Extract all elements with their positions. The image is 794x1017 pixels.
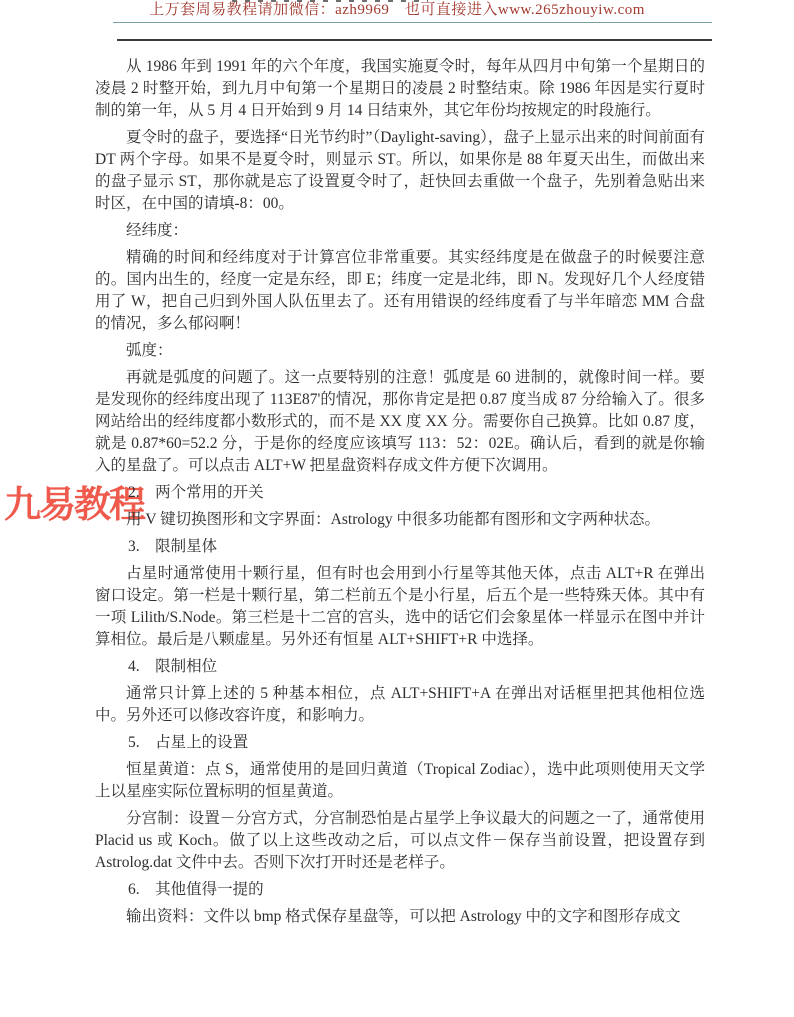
heading-2-common-switches: 2. 两个常用的开关 xyxy=(95,482,705,504)
document-page: 上万套周易教程请加微信：azh9969 也可直接进入www.265zhouyiw… xyxy=(0,0,794,1017)
header-promo-text: 上万套周易教程请加微信：azh9969 也可直接进入www.265zhouyiw… xyxy=(0,1,794,20)
heading-3-restrict-bodies: 3. 限制星体 xyxy=(95,536,705,558)
subheading-arc-degree: 弧度： xyxy=(95,340,705,362)
paragraph-output-files: 输出资料：文件以 bmp 格式保存星盘等，可以把 Astrology 中的文字和… xyxy=(95,906,705,928)
paragraph-house-system: 分宫制：设置－分宫方式，分宫制恐怕是占星学上争议最大的问题之一了，通常使用 Pl… xyxy=(95,808,705,874)
paragraph-dst-period: 从 1986 年到 1991 年的六个年度，我国实施夏令时，每年从四月中旬第一个… xyxy=(95,56,705,122)
paragraph-dst-chart: 夏令时的盘子，要选择“日光节约时”（Daylight-saving），盘子上显示… xyxy=(95,127,705,215)
paragraph-v-key-toggle: 用 V 键切换图形和文字界面：Astrology 中很多功能都有图形和文字两种状… xyxy=(95,509,705,531)
header-divider-dark xyxy=(117,39,712,41)
paragraph-restrict-aspects: 通常只计算上述的 5 种基本相位，点 ALT+SHIFT+A 在弹出对话框里把其… xyxy=(95,683,705,727)
header-divider-teal xyxy=(113,22,712,23)
document-body: 从 1986 年到 1991 年的六个年度，我国实施夏令时，每年从四月中旬第一个… xyxy=(95,56,705,933)
paragraph-restrict-bodies: 占星时通常使用十颗行星，但有时也会用到小行星等其他天体，点击 ALT+R 在弹出… xyxy=(95,563,705,651)
heading-4-restrict-aspects: 4. 限制相位 xyxy=(95,656,705,678)
heading-6-other-notes: 6. 其他值得一提的 xyxy=(95,879,705,901)
subheading-longitude-latitude: 经纬度： xyxy=(95,220,705,242)
paragraph-arc-degree: 再就是弧度的问题了。这一点要特别的注意！弧度是 60 进制的，就像时间一样。要是… xyxy=(95,367,705,477)
heading-5-astrology-settings: 5. 占星上的设置 xyxy=(95,732,705,754)
paragraph-sidereal-zodiac: 恒星黄道：点 S，通常使用的是回归黄道（Tropical Zodiac），选中此… xyxy=(95,759,705,803)
paragraph-longitude-latitude: 精确的时间和经纬度对于计算宫位非常重要。其实经纬度是在做盘子的时候要注意的。国内… xyxy=(95,247,705,335)
